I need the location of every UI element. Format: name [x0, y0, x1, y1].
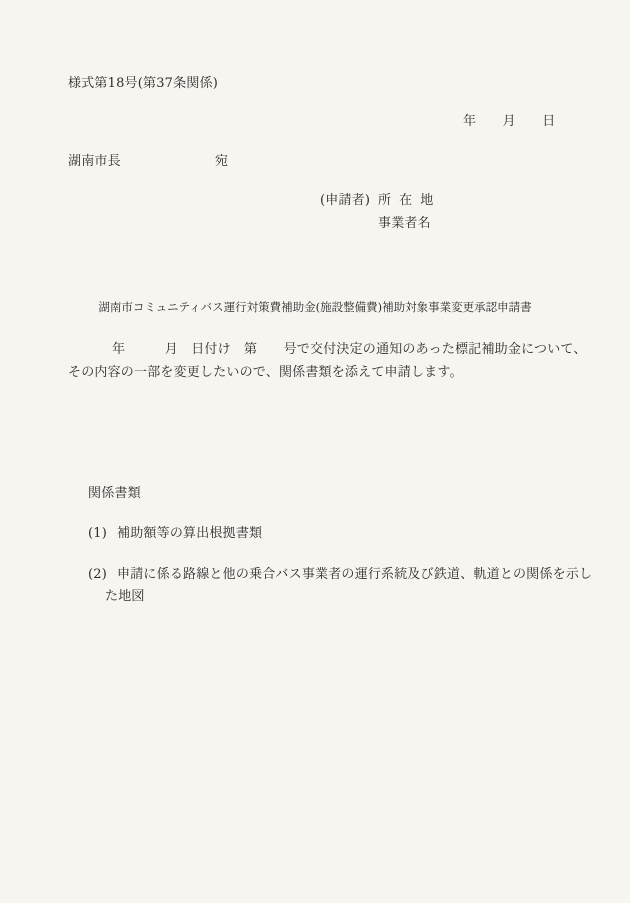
recipient-suffix: 宛	[215, 154, 228, 170]
list-item-number: (2)	[88, 567, 107, 582]
applicant-address-label: 所 在 地	[378, 193, 435, 209]
related-documents-header: 関係書類	[88, 486, 141, 502]
document-page: 様式第18号(第37条関係) 年 月 日 湖南市長 宛 (申請者) 所 在 地 …	[0, 0, 630, 903]
recipient-name: 湖南市長	[68, 154, 121, 170]
form-number: 様式第18号(第37条関係)	[68, 76, 218, 92]
applicant-business-name-label: 事業者名	[378, 216, 431, 232]
list-item-number: (1)	[88, 526, 107, 541]
date-line: 年 月 日	[463, 114, 555, 130]
document-title: 湖南市コミュニティバス運行対策費補助金(施設整備費)補助対象事業変更承認申請書	[0, 300, 630, 315]
body-paragraph-line-2: その内容の一部を変更したいので、関係書類を添えて申請します。	[68, 365, 608, 381]
list-item: (1)補助額等の算出根拠書類	[88, 523, 603, 545]
applicant-label: (申請者)	[320, 193, 370, 209]
body-paragraph-line-1: 年 月 日付け 第 号で交付決定の通知のあった標記補助金について、	[68, 342, 608, 358]
list-item: (2)申請に係る路線と他の乗合バス事業者の運行系統及び鉄道、軌道との関係を示した…	[88, 564, 603, 608]
list-item-text: 補助額等の算出根拠書類	[117, 526, 262, 541]
list-item-text: 申請に係る路線と他の乗合バス事業者の運行系統及び鉄道、軌道との関係を示した地図	[105, 567, 592, 604]
